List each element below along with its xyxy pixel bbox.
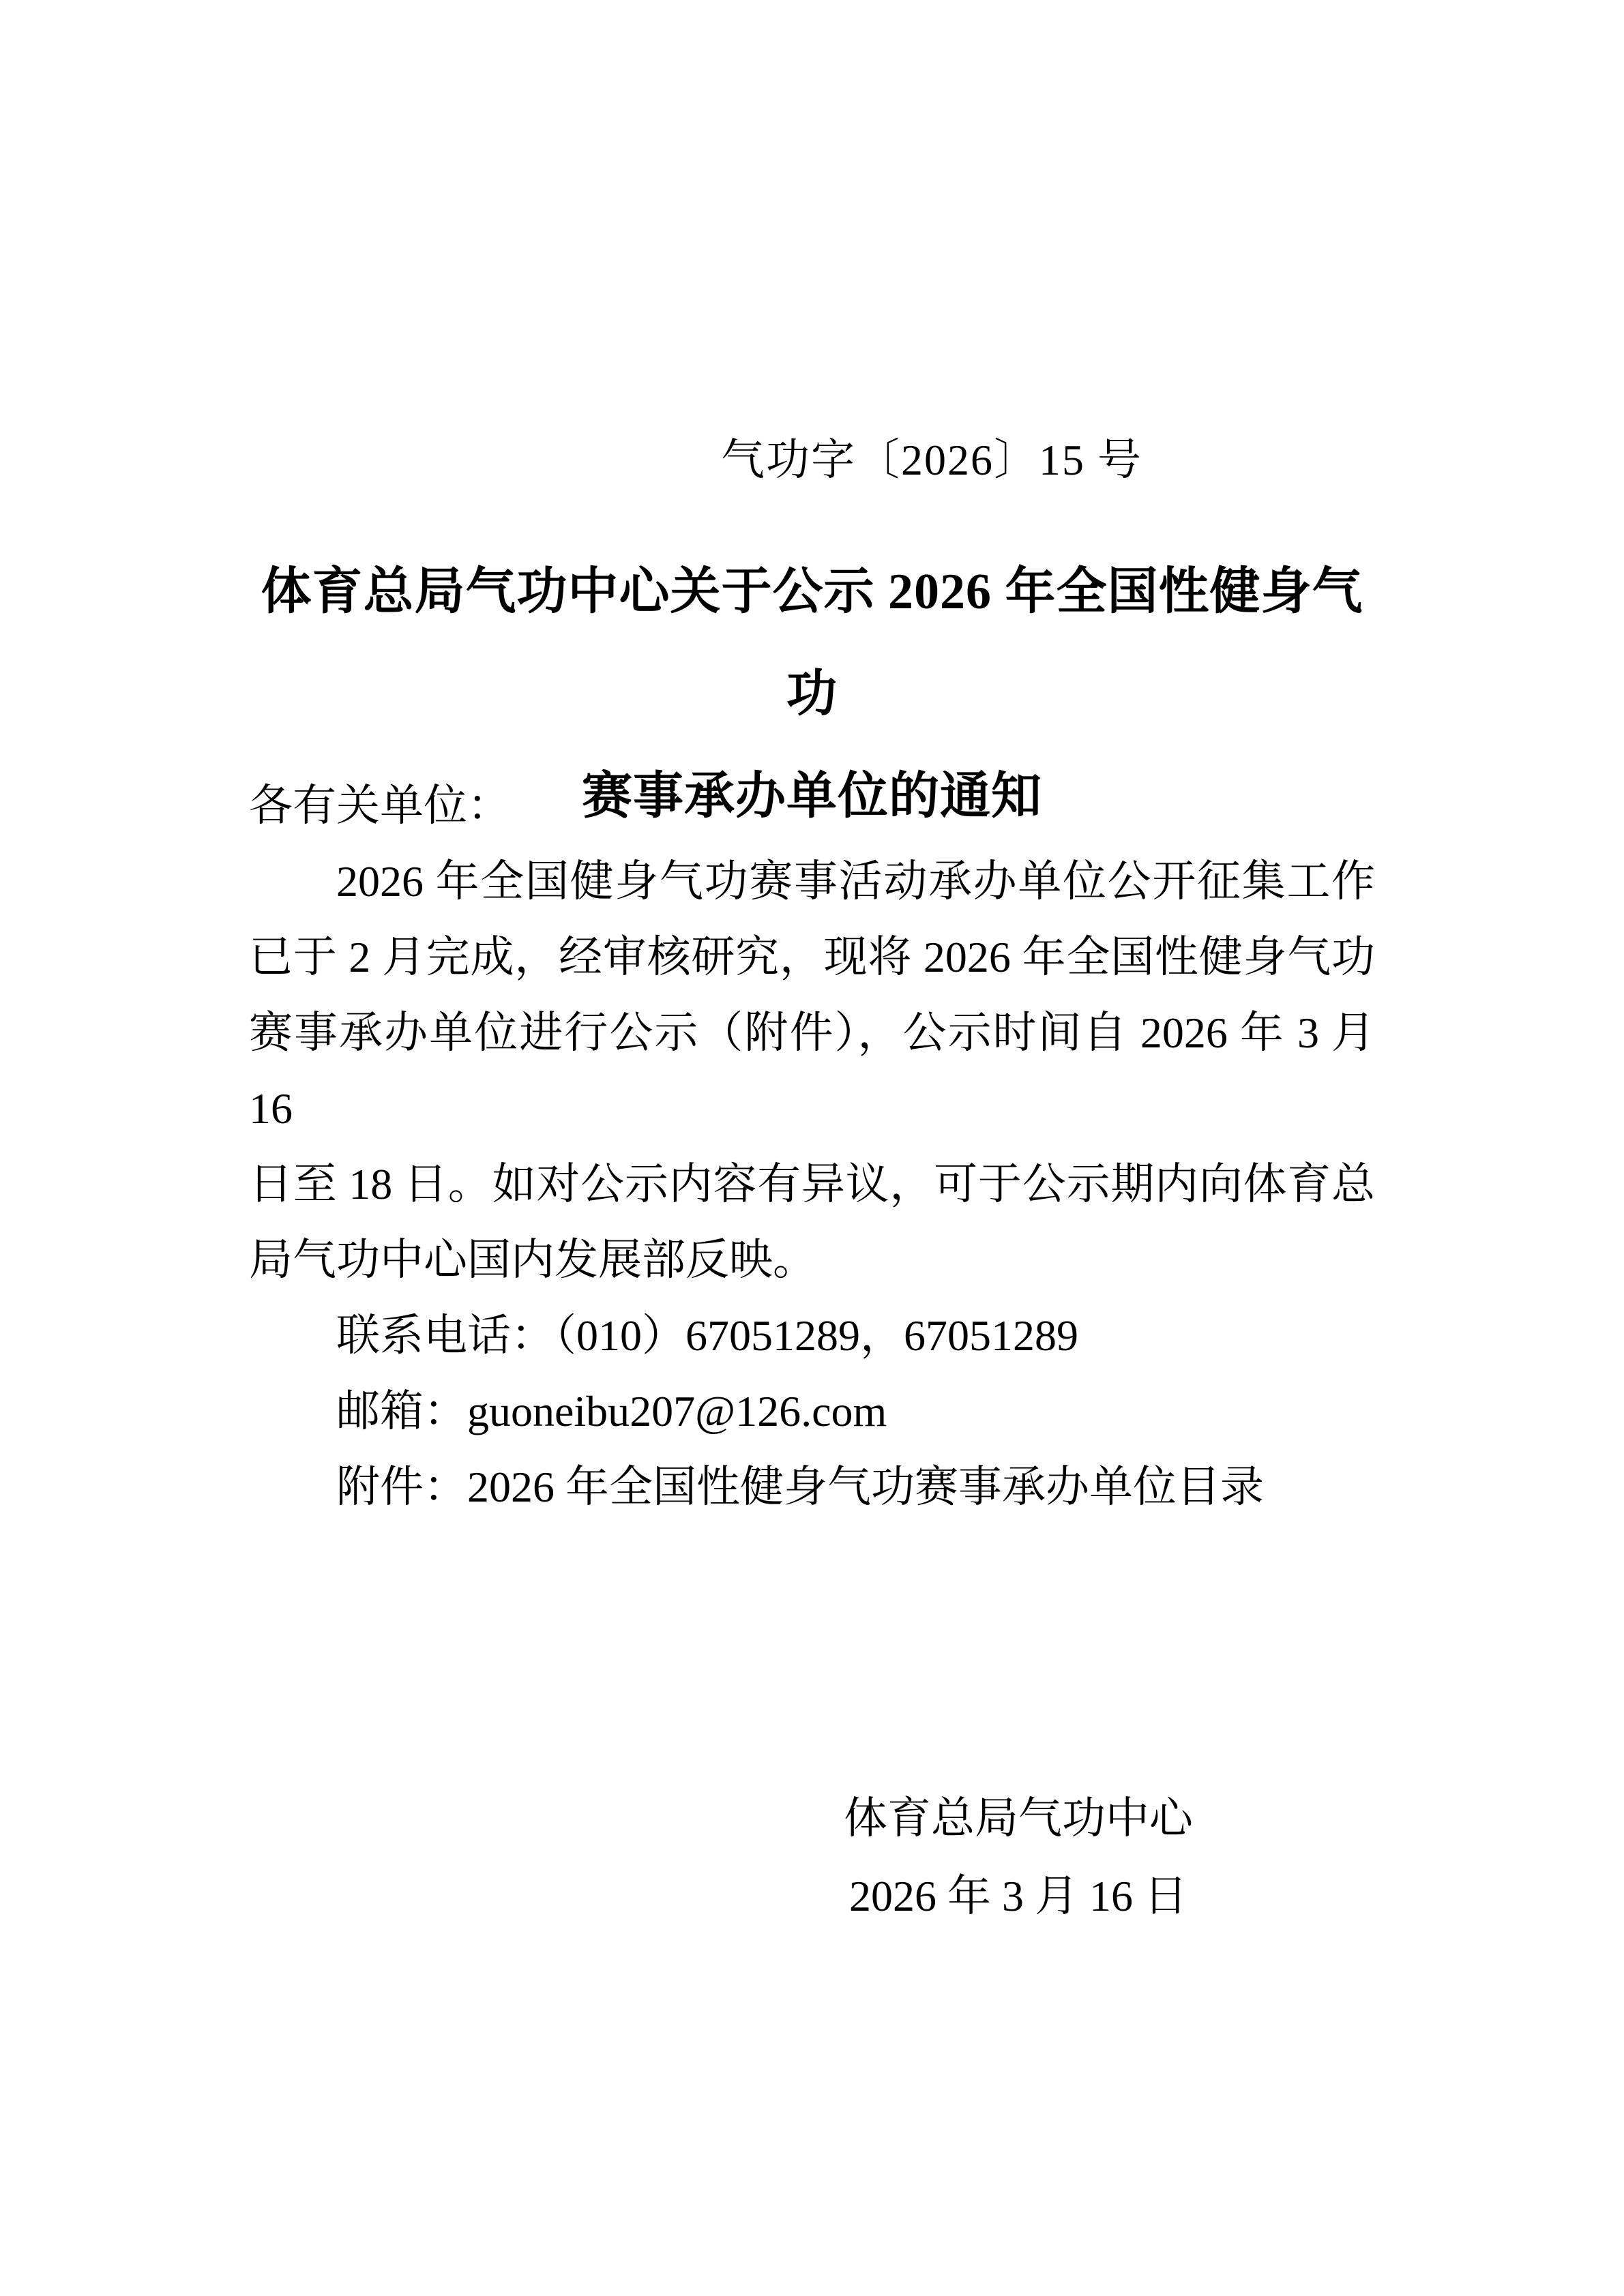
notice-document-page: 气功字〔2026〕15 号 体育总局气功中心关于公示 2026 年全国性健身气功…: [0, 0, 1624, 2296]
contact-phone: 联系电话：（010）67051289，67051289: [249, 1298, 1375, 1373]
body-line-2: 已于 2 月完成，经审核研究，现将 2026 年全国性健身气功: [249, 919, 1375, 995]
body-line-1: 2026 年全国健身气功赛事活动承办单位公开征集工作: [249, 844, 1375, 919]
signature-block: 体育总局气功中心 2026 年 3 月 16 日: [677, 1780, 1359, 1935]
issue-date: 2026 年 3 月 16 日: [677, 1858, 1359, 1935]
doc-number: 气功字〔2026〕15 号: [721, 428, 1142, 492]
body-line-4: 日至 18 日。如对公示内容有异议，可于公示期内向体育总: [249, 1146, 1375, 1222]
document-title-line1: 体育总局气功中心关于公示 2026 年全国性健身气功: [249, 541, 1375, 745]
document-body: 各有关单位： 2026 年全国健身气功赛事活动承办单位公开征集工作 已于 2 月…: [249, 768, 1375, 1525]
salutation: 各有关单位：: [249, 768, 1375, 844]
attachment-reference: 附件：2026 年全国性健身气功赛事承办单位目录: [249, 1449, 1375, 1525]
contact-email: 邮箱：guoneibu207@126.com: [249, 1373, 1375, 1449]
body-line-3: 赛事承办单位进行公示（附件），公示时间自 2026 年 3 月 16: [249, 995, 1375, 1146]
body-line-5: 局气功中心国内发展部反映。: [249, 1222, 1375, 1298]
issuing-authority: 体育总局气功中心: [677, 1780, 1359, 1858]
